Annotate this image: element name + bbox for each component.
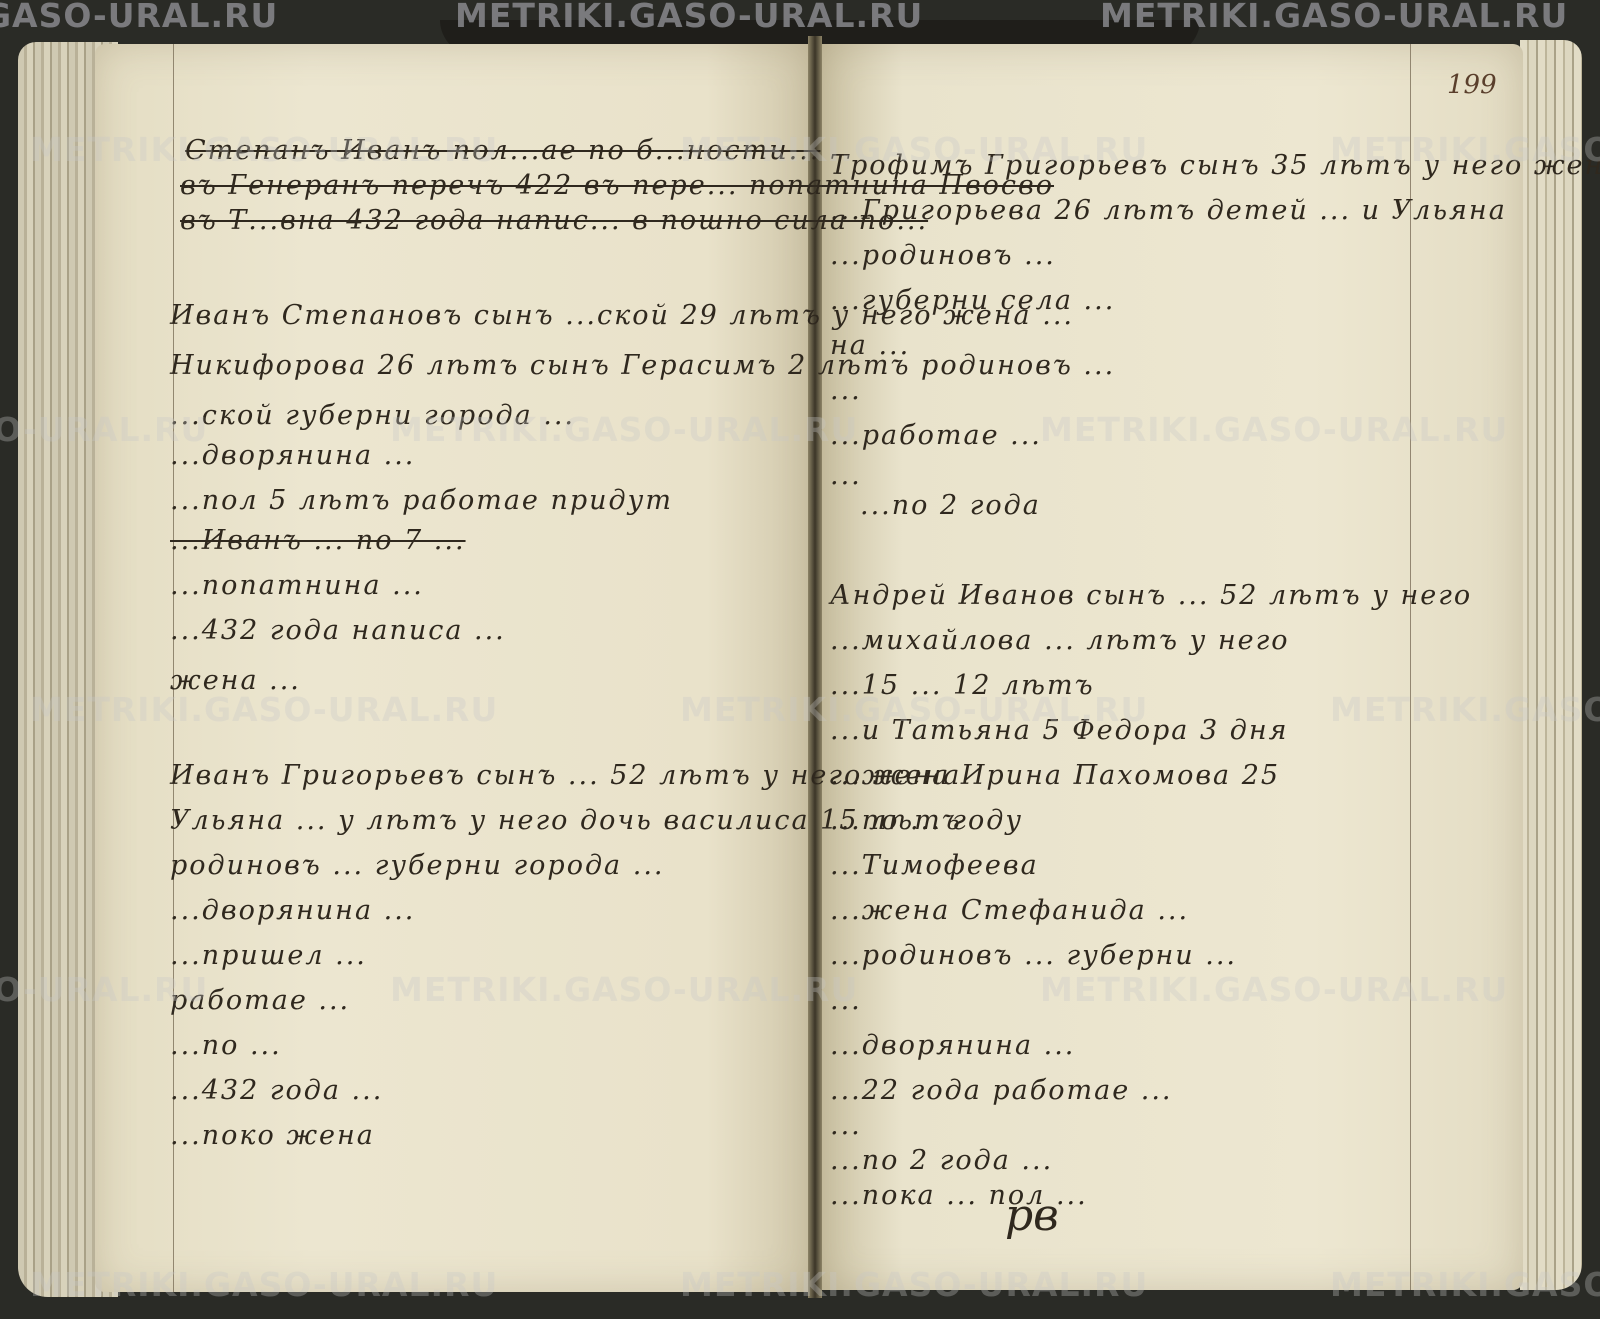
- handwritten-line: родиновъ ... губерни города ...: [170, 850, 665, 881]
- watermark: METRIKI.GASO-URAL.RU: [680, 690, 1148, 729]
- watermark: METRIKI.GASO-URAL.RU: [390, 970, 858, 1009]
- watermark: METRIKI.GASO-URAL.RU: [680, 130, 1148, 169]
- handwritten-line: ...жена Стефанида ...: [830, 895, 1189, 926]
- handwritten-line: ...родиновъ ...: [830, 240, 1056, 271]
- handwritten-line: ...работае ...: [830, 420, 1042, 451]
- watermark: METRIKI.GASO-URAL.RU: [680, 1265, 1148, 1304]
- handwritten-line: ...жена Ирина Пахомова 25: [830, 760, 1280, 791]
- watermark: METRIKI.GASO-URAL.RU: [30, 690, 498, 729]
- watermark: METRIKI.GASO-URAL.RU: [390, 410, 858, 449]
- open-register-book: 199 Степанъ Иванъ пол...ае по б...ности.…: [0, 0, 1600, 1319]
- handwritten-line: ...432 года ...: [170, 1075, 383, 1106]
- watermark: METRIKI.GASO-URAL.RU: [30, 1265, 498, 1304]
- right-page-stack-edge: [1520, 40, 1582, 1290]
- handwritten-line: Андрей Иванов сынъ ... 52 лѣтъ у него: [830, 580, 1472, 611]
- handwritten-line: ...22 года работае ...: [830, 1075, 1173, 1106]
- handwritten-line: ...дворянина ...: [170, 895, 415, 926]
- handwritten-line: ...по 2 года: [860, 490, 1041, 521]
- handwritten-line: ...поко жена: [170, 1120, 375, 1151]
- handwritten-line: ...: [830, 375, 862, 406]
- watermark: METRIKI.GASO-URAL.RU: [1330, 1265, 1600, 1304]
- handwritten-line: ...дворянина ...: [830, 1030, 1075, 1061]
- handwritten-line: ...губерни села ...: [830, 285, 1115, 316]
- handwritten-line: ...Иванъ ... по 7 ...: [170, 525, 466, 556]
- watermark: METRIKI.GASO-URAL.RU: [1040, 970, 1508, 1009]
- handwritten-line: ...432 года написа ...: [170, 615, 506, 646]
- handwritten-line: ...: [830, 460, 862, 491]
- right-margin-rule: [1410, 44, 1411, 1290]
- handwritten-line: ...по ... году: [830, 805, 1023, 836]
- handwritten-line: на ...: [830, 330, 910, 361]
- handwritten-line: въ Т...вна 432 года напис... в пошно сил…: [180, 205, 928, 236]
- folio-number: 199: [1447, 70, 1497, 100]
- watermark: METRIKI.GASO-URAL.RU: [0, 970, 208, 1009]
- handwritten-line: ...: [830, 1110, 862, 1141]
- watermark: METRIKI.GASO-URAL.RU: [0, 410, 208, 449]
- handwritten-line: ...родиновъ ... губерни ...: [830, 940, 1237, 971]
- handwritten-line: ...пол 5 лѣтъ работае придут: [170, 485, 673, 516]
- watermark: METRIKI.GASO-URAL.RU: [1100, 0, 1568, 35]
- handwritten-line: ...по ...: [170, 1030, 282, 1061]
- handwritten-line: ...Григорьева 26 лѣтъ детей ... и Ульяна: [830, 195, 1507, 226]
- handwritten-line: ...Тимофеева: [830, 850, 1039, 881]
- signature-mark: рв: [1005, 1190, 1059, 1241]
- watermark: METRIKI.GASO-URAL.RU: [0, 0, 278, 35]
- watermark: METRIKI.GASO-URAL.RU: [1330, 130, 1600, 169]
- watermark: METRIKI.GASO-URAL.RU: [1330, 690, 1600, 729]
- watermark: METRIKI.GASO-URAL.RU: [455, 0, 923, 35]
- handwritten-line: ...попатнина ...: [170, 570, 424, 601]
- watermark: METRIKI.GASO-URAL.RU: [30, 130, 498, 169]
- handwritten-line: Никифорова 26 лѣтъ сынъ Герасимъ 2 лѣтъ …: [170, 350, 1115, 381]
- handwritten-line: ...по 2 года ...: [830, 1145, 1053, 1176]
- handwritten-line: ...пришел ...: [170, 940, 367, 971]
- handwritten-line: ...михайлова ... лѣтъ у него: [830, 625, 1290, 656]
- watermark: METRIKI.GASO-URAL.RU: [1040, 410, 1508, 449]
